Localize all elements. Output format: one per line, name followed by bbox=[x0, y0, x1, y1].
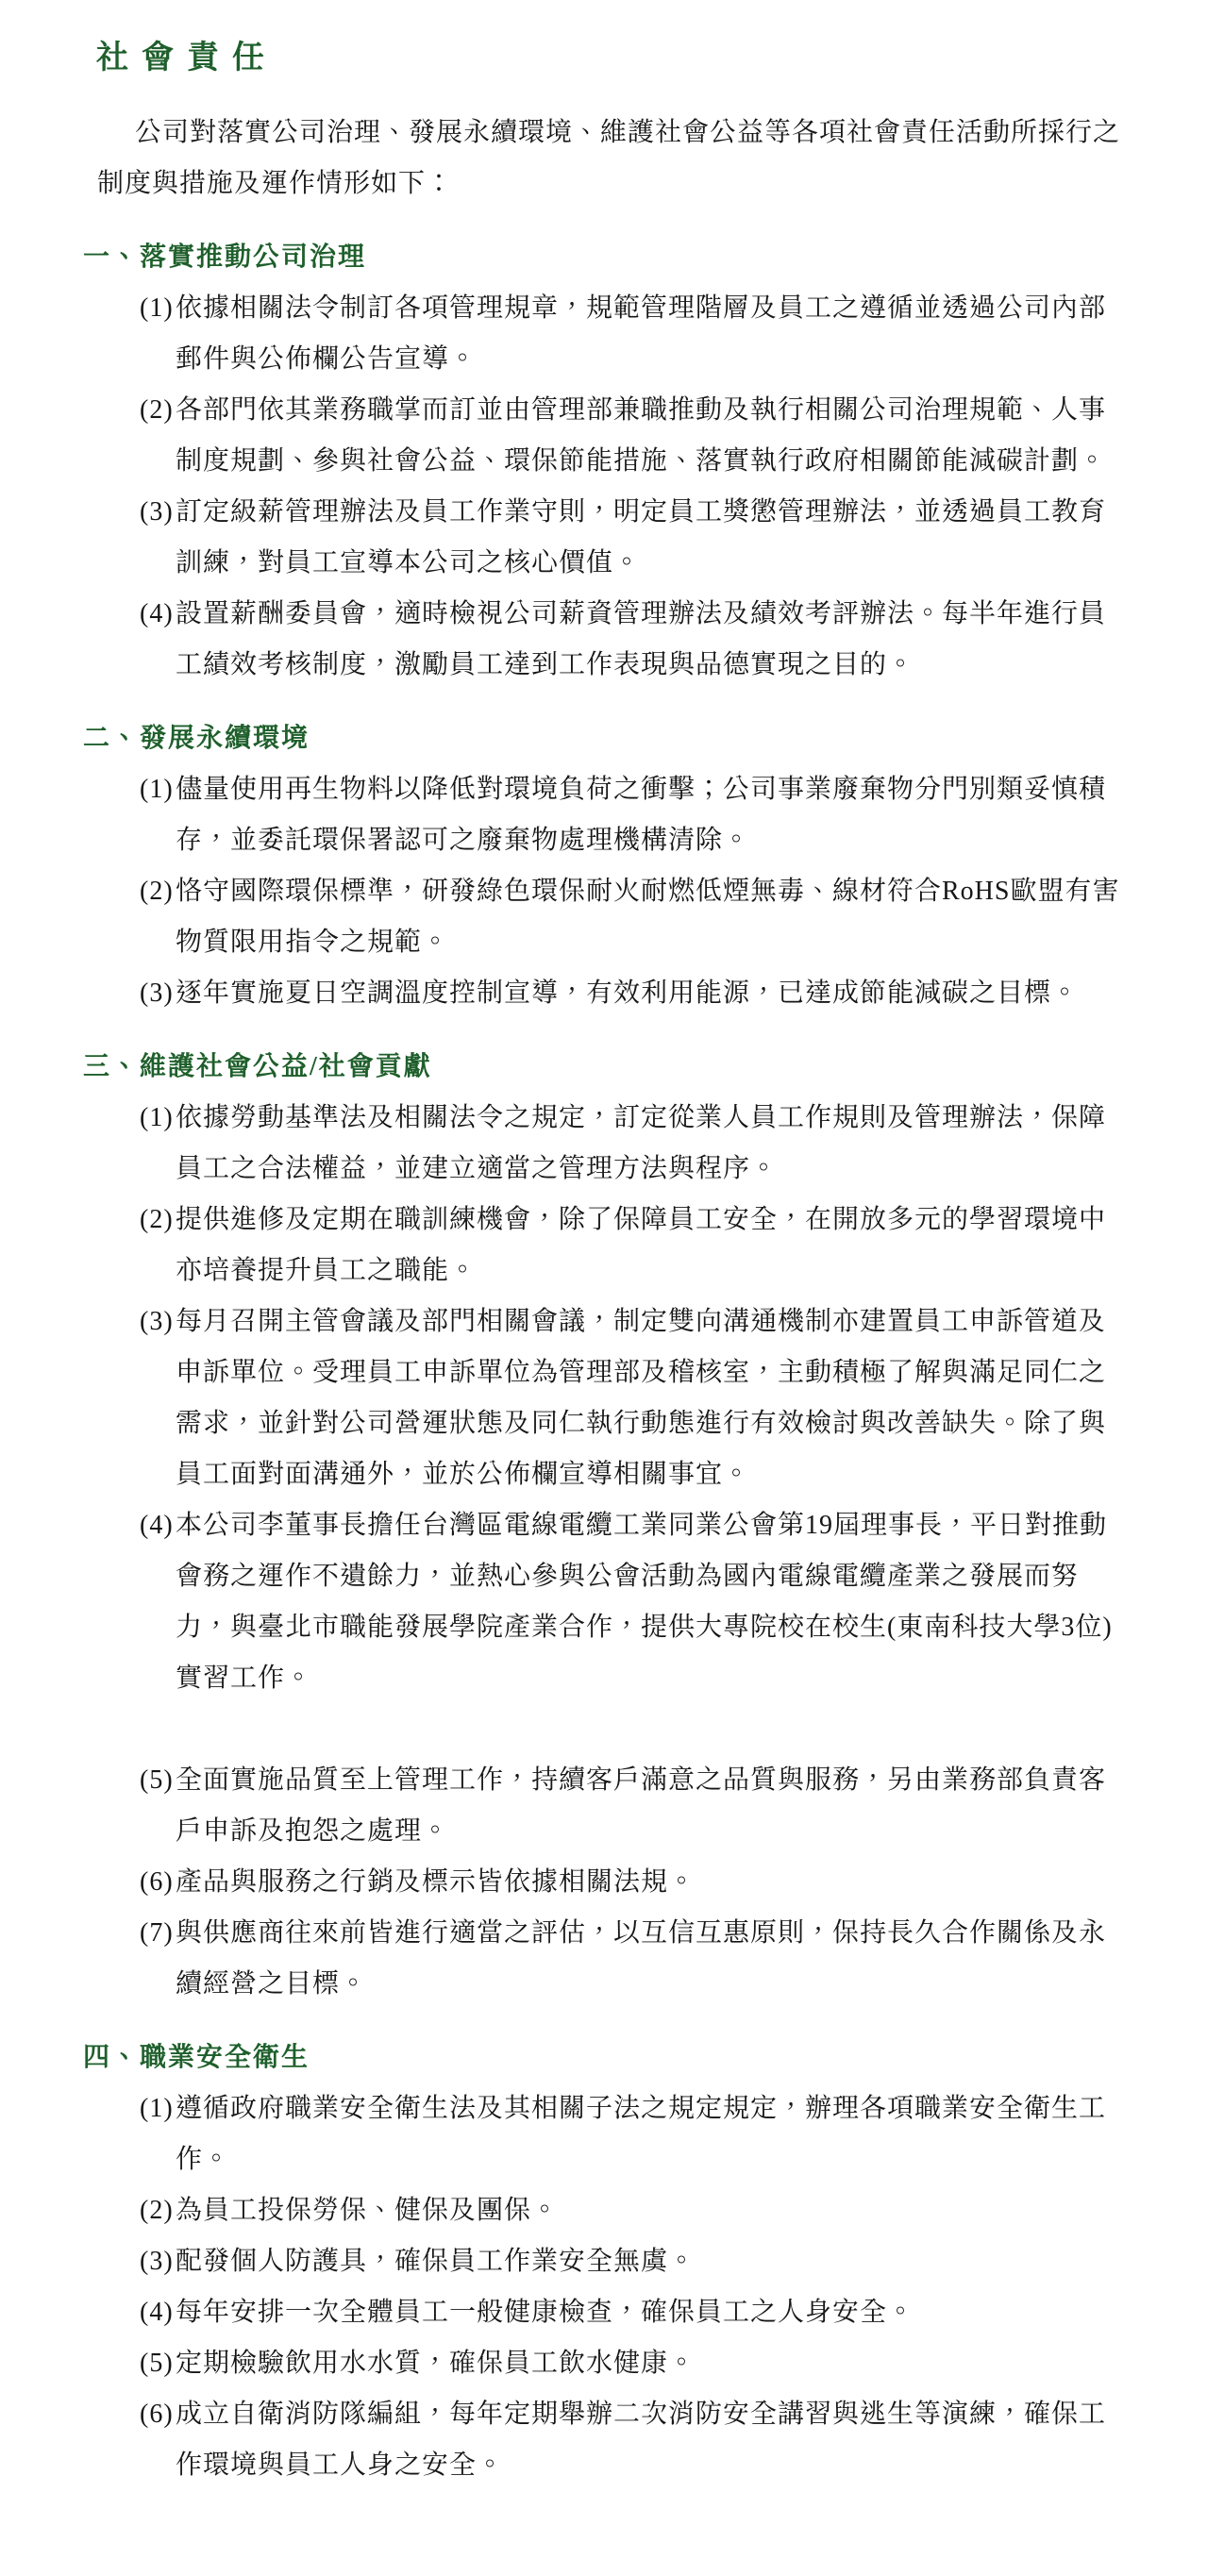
item-number: (3) bbox=[140, 968, 176, 1019]
page-title: 社會責任 bbox=[96, 40, 1130, 77]
item-text: 遵循政府職業安全衛生法及其相關子法之規定規定，辦理各項職業安全衛生工作。 bbox=[176, 2083, 1129, 2185]
item-text: 逐年實施夏日空調溫度控制宣導，有效利用能源，已達成節能減碳之目標。 bbox=[176, 968, 1079, 1019]
intro-paragraph: 公司對落實公司治理、發展永續環境、維護社會公益等各項社會責任活動所採行之制度與措… bbox=[97, 108, 1130, 209]
item-number: (2) bbox=[140, 1195, 176, 1246]
section-sustainable-environment: 二、發展永續環境 (1) 儘量使用再生物料以降低對環境負荷之衝擊；公司事業廢棄物… bbox=[83, 713, 1130, 1019]
item-text: 產品與服務之行銷及標示皆依據相關法規。 bbox=[176, 1857, 696, 1908]
list-item: (1) 遵循政府職業安全衛生法及其相關子法之規定規定，辦理各項職業安全衛生工作。 bbox=[140, 2083, 1130, 2185]
list-item: (3) 每月召開主管會議及部門相關會議，制定雙向溝通機制亦建置員工申訴管道及申訴… bbox=[140, 1296, 1130, 1500]
item-text: 成立自衛消防隊編組，每年定期舉辦二次消防安全講習與逃生等演練，確保工作環境與員工… bbox=[176, 2389, 1129, 2491]
item-text: 依據相關法令制訂各項管理規章，規範管理階層及員工之遵循並透過公司內部郵件與公佈欄… bbox=[176, 283, 1129, 385]
item-text: 訂定級薪管理辦法及員工作業守則，明定員工獎懲管理辦法，並透過員工教育訓練，對員工… bbox=[176, 487, 1129, 589]
item-number: (5) bbox=[140, 2338, 176, 2389]
item-text: 全面實施品質至上管理工作，持續客戶滿意之品質與服務，另由業務部負責客戶申訴及抱怨… bbox=[176, 1755, 1129, 1857]
list-item: (5) 定期檢驗飲用水水質，確保員工飲水健康。 bbox=[140, 2338, 1130, 2389]
list-item: (6) 成立自衛消防隊編組，每年定期舉辦二次消防安全講習與逃生等演練，確保工作環… bbox=[140, 2389, 1130, 2491]
list-item: (5) 全面實施品質至上管理工作，持續客戶滿意之品質與服務，另由業務部負責客戶申… bbox=[140, 1755, 1130, 1857]
list-item: (2) 恪守國際環保標準，研發綠色環保耐火耐燃低煙無毒、線材符合RoHS歐盟有害… bbox=[140, 866, 1130, 968]
item-text: 恪守國際環保標準，研發綠色環保耐火耐燃低煙無毒、線材符合RoHS歐盟有害物質限用… bbox=[176, 866, 1129, 968]
section-4-heading: 四、職業安全衛生 bbox=[83, 2032, 1130, 2083]
item-number: (3) bbox=[140, 487, 176, 538]
item-number: (6) bbox=[140, 2389, 176, 2440]
item-number: (2) bbox=[140, 385, 176, 436]
item-number: (1) bbox=[140, 283, 176, 334]
item-number: (3) bbox=[140, 2236, 176, 2287]
item-text: 提供進修及定期在職訓練機會，除了保障員工安全，在開放多元的學習環境中亦培養提升員… bbox=[176, 1195, 1129, 1296]
item-number: (2) bbox=[140, 866, 176, 917]
item-text: 設置薪酬委員會，適時檢視公司薪資管理辦法及績效考評辦法。每半年進行員工績效考核制… bbox=[176, 589, 1129, 691]
item-number: (1) bbox=[140, 1093, 176, 1144]
list-item: (1) 儘量使用再生物料以降低對環境負荷之衝擊；公司事業廢棄物分門別類妥慎積存，… bbox=[140, 764, 1130, 866]
item-text: 與供應商往來前皆進行適當之評估，以互信互惠原則，保持長久合作關係及永續經營之目標… bbox=[176, 1908, 1129, 2010]
list-item: (6) 產品與服務之行銷及標示皆依據相關法規。 bbox=[140, 1857, 1130, 1908]
item-text: 每月召開主管會議及部門相關會議，制定雙向溝通機制亦建置員工申訴管道及申訴單位。受… bbox=[176, 1296, 1129, 1500]
list-item: (2) 為員工投保勞保、健保及團保。 bbox=[140, 2185, 1130, 2236]
list-item: (4) 設置薪酬委員會，適時檢視公司薪資管理辦法及績效考評辦法。每半年進行員工績… bbox=[140, 589, 1130, 691]
item-number: (2) bbox=[140, 2185, 176, 2236]
list-item: (3) 配發個人防護具，確保員工作業安全無虞。 bbox=[140, 2236, 1130, 2287]
section-1-heading: 一、落實推動公司治理 bbox=[83, 232, 1130, 283]
list-item: (3) 逐年實施夏日空調溫度控制宣導，有效利用能源，已達成節能減碳之目標。 bbox=[140, 968, 1130, 1019]
item-text: 為員工投保勞保、健保及團保。 bbox=[176, 2185, 559, 2236]
item-number: (4) bbox=[140, 2287, 176, 2338]
item-text: 儘量使用再生物料以降低對環境負荷之衝擊；公司事業廢棄物分門別類妥慎積存，並委託環… bbox=[176, 764, 1129, 866]
item-number: (4) bbox=[140, 589, 176, 640]
item-number: (6) bbox=[140, 1857, 176, 1908]
list-item: (7) 與供應商往來前皆進行適當之評估，以互信互惠原則，保持長久合作關係及永續經… bbox=[140, 1908, 1130, 2010]
item-text: 配發個人防護具，確保員工作業安全無虞。 bbox=[176, 2236, 696, 2287]
item-text: 依據勞動基準法及相關法令之規定，訂定從業人員工作規則及管理辦法，保障員工之合法權… bbox=[176, 1093, 1129, 1195]
item-text: 本公司李董事長擔任台灣區電線電纜工業同業公會第19屆理事長，平日對推動會務之運作… bbox=[176, 1500, 1129, 1704]
document-page: 社會責任 公司對落實公司治理、發展永續環境、維護社會公益等各項社會責任活動所採行… bbox=[0, 0, 1224, 2576]
item-text: 各部門依其業務職掌而訂並由管理部兼職推動及執行相關公司治理規範、人事制度規劃、參… bbox=[176, 385, 1129, 487]
item-text: 每年安排一次全體員工一般健康檢查，確保員工之人身安全。 bbox=[176, 2287, 914, 2338]
list-item: (4) 本公司李董事長擔任台灣區電線電纜工業同業公會第19屆理事長，平日對推動會… bbox=[140, 1500, 1130, 1704]
item-number: (1) bbox=[140, 2083, 176, 2134]
section-2-heading: 二、發展永續環境 bbox=[83, 713, 1130, 764]
item-number: (3) bbox=[140, 1296, 176, 1347]
list-item: (1) 依據相關法令制訂各項管理規章，規範管理階層及員工之遵循並透過公司內部郵件… bbox=[140, 283, 1130, 385]
item-number: (4) bbox=[140, 1500, 176, 1551]
item-number: (5) bbox=[140, 1755, 176, 1806]
item-text: 定期檢驗飲用水水質，確保員工飲水健康。 bbox=[176, 2338, 696, 2389]
section-3-heading: 三、維護社會公益/社會貢獻 bbox=[83, 1042, 1130, 1093]
item-number: (1) bbox=[140, 764, 176, 815]
list-item: (4) 每年安排一次全體員工一般健康檢查，確保員工之人身安全。 bbox=[140, 2287, 1130, 2338]
list-item: (2) 各部門依其業務職掌而訂並由管理部兼職推動及執行相關公司治理規範、人事制度… bbox=[140, 385, 1130, 487]
item-number: (7) bbox=[140, 1908, 176, 1959]
section-corporate-governance: 一、落實推動公司治理 (1) 依據相關法令制訂各項管理規章，規範管理階層及員工之… bbox=[83, 232, 1130, 691]
list-item: (1) 依據勞動基準法及相關法令之規定，訂定從業人員工作規則及管理辦法，保障員工… bbox=[140, 1093, 1130, 1195]
section-occupational-safety: 四、職業安全衛生 (1) 遵循政府職業安全衛生法及其相關子法之規定規定，辦理各項… bbox=[83, 2032, 1130, 2491]
list-item: (3) 訂定級薪管理辦法及員工作業守則，明定員工獎懲管理辦法，並透過員工教育訓練… bbox=[140, 487, 1130, 589]
section-social-welfare: 三、維護社會公益/社會貢獻 (1) 依據勞動基準法及相關法令之規定，訂定從業人員… bbox=[83, 1042, 1130, 2010]
list-item: (2) 提供進修及定期在職訓練機會，除了保障員工安全，在開放多元的學習環境中亦培… bbox=[140, 1195, 1130, 1296]
